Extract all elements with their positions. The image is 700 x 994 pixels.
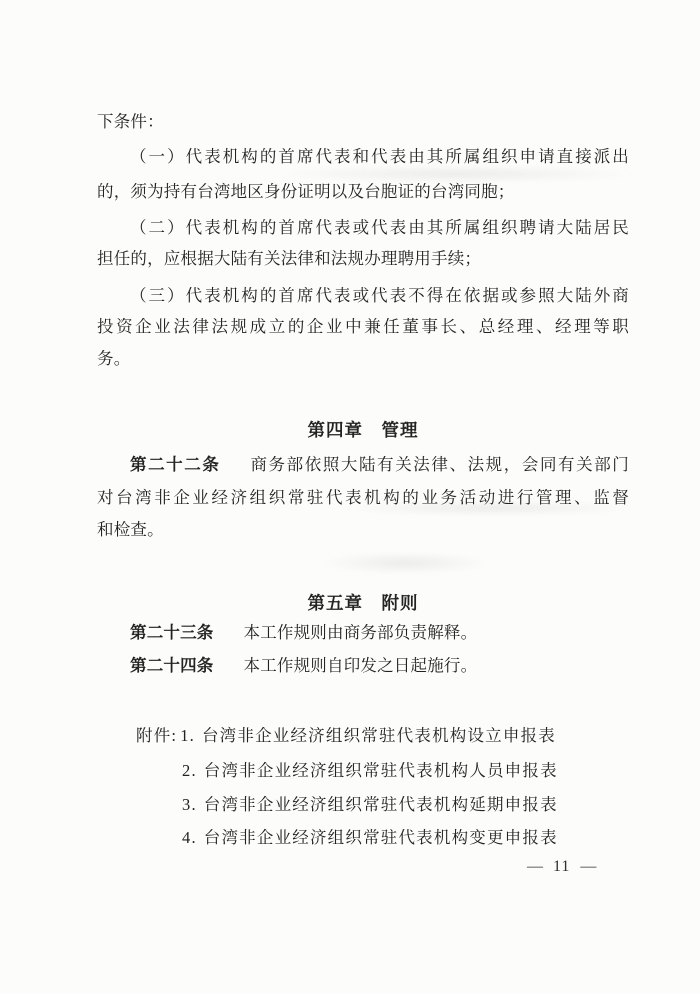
attachment-3-text: 台湾非企业经济组织常驻代表机构延期申报表 bbox=[204, 795, 558, 814]
item-3-line-3: 务。 bbox=[97, 347, 130, 371]
attachments-label: 附件: bbox=[136, 726, 177, 745]
attachment-2-number: 2. bbox=[182, 761, 197, 780]
intro-tail-line: 下条件： bbox=[97, 110, 164, 134]
chapter-4-heading: 第四章 管理 bbox=[97, 418, 629, 442]
item-3-line-1: （三）代表机构的首席代表或代表不得在依据或参照大陆外商 bbox=[130, 284, 629, 308]
article-22-text: 商务部依照大陆有关法律、法规，会同有关部门 bbox=[250, 455, 629, 474]
article-23-line: 第二十三条本工作规则由商务部负责解释。 bbox=[130, 621, 477, 645]
attachment-1-text: 台湾非企业经济组织常驻代表机构设立申报表 bbox=[202, 726, 556, 745]
attachment-4-number: 4. bbox=[182, 828, 197, 847]
article-24-number: 第二十四条 bbox=[130, 656, 214, 675]
attachment-4-text: 台湾非企业经济组织常驻代表机构变更申报表 bbox=[204, 828, 558, 847]
page-number: —11— bbox=[527, 855, 596, 879]
article-24-line: 第二十四条本工作规则自印发之日起施行。 bbox=[130, 654, 477, 678]
attachment-item-3: 3.台湾非企业经济组织常驻代表机构延期申报表 bbox=[182, 793, 558, 817]
item-2-line-1: （二）代表机构的首席代表或代表由其所属组织聘请大陆居民 bbox=[130, 216, 629, 240]
article-22-line-2: 对台湾非企业经济组织常驻代表机构的业务活动进行管理、监督 bbox=[97, 486, 629, 510]
article-23-text: 本工作规则由商务部负责解释。 bbox=[244, 623, 478, 642]
attachment-1-number: 1. bbox=[180, 726, 195, 745]
attachment-2-text: 台湾非企业经济组织常驻代表机构人员申报表 bbox=[204, 761, 558, 780]
scanned-document-page: 下条件： （一）代表机构的首席代表和代表由其所属组织申请直接派出 的，须为持有台… bbox=[0, 0, 700, 994]
page-number-value: 11 bbox=[553, 858, 570, 875]
scan-smudge bbox=[320, 552, 490, 574]
page-number-left-dash: — bbox=[527, 858, 543, 875]
article-22-line-1: 第二十二条商务部依照大陆有关法律、法规，会同有关部门 bbox=[130, 453, 629, 477]
item-3-line-2: 投资企业法律法规成立的企业中兼任董事长、总经理、经理等职 bbox=[97, 315, 629, 339]
attachment-item-1: 附件:1.台湾非企业经济组织常驻代表机构设立申报表 bbox=[136, 724, 556, 748]
item-1-line-2: 的，须为持有台湾地区身份证明以及台胞证的台湾同胞； bbox=[97, 180, 515, 204]
item-2-line-2: 担任的，应根据大陆有关法律和法规办理聘用手续； bbox=[97, 247, 481, 271]
page-number-right-dash: — bbox=[580, 858, 596, 875]
attachment-item-4: 4.台湾非企业经济组织常驻代表机构变更申报表 bbox=[182, 826, 558, 850]
item-1-line-1: （一）代表机构的首席代表和代表由其所属组织申请直接派出 bbox=[130, 145, 629, 169]
article-23-number: 第二十三条 bbox=[130, 623, 214, 642]
article-24-text: 本工作规则自印发之日起施行。 bbox=[244, 656, 478, 675]
article-22-line-3: 和检查。 bbox=[97, 518, 164, 542]
attachment-3-number: 3. bbox=[182, 795, 197, 814]
attachment-item-2: 2.台湾非企业经济组织常驻代表机构人员申报表 bbox=[182, 759, 558, 783]
chapter-5-heading: 第五章 附则 bbox=[97, 591, 629, 615]
article-22-number: 第二十二条 bbox=[130, 455, 220, 474]
